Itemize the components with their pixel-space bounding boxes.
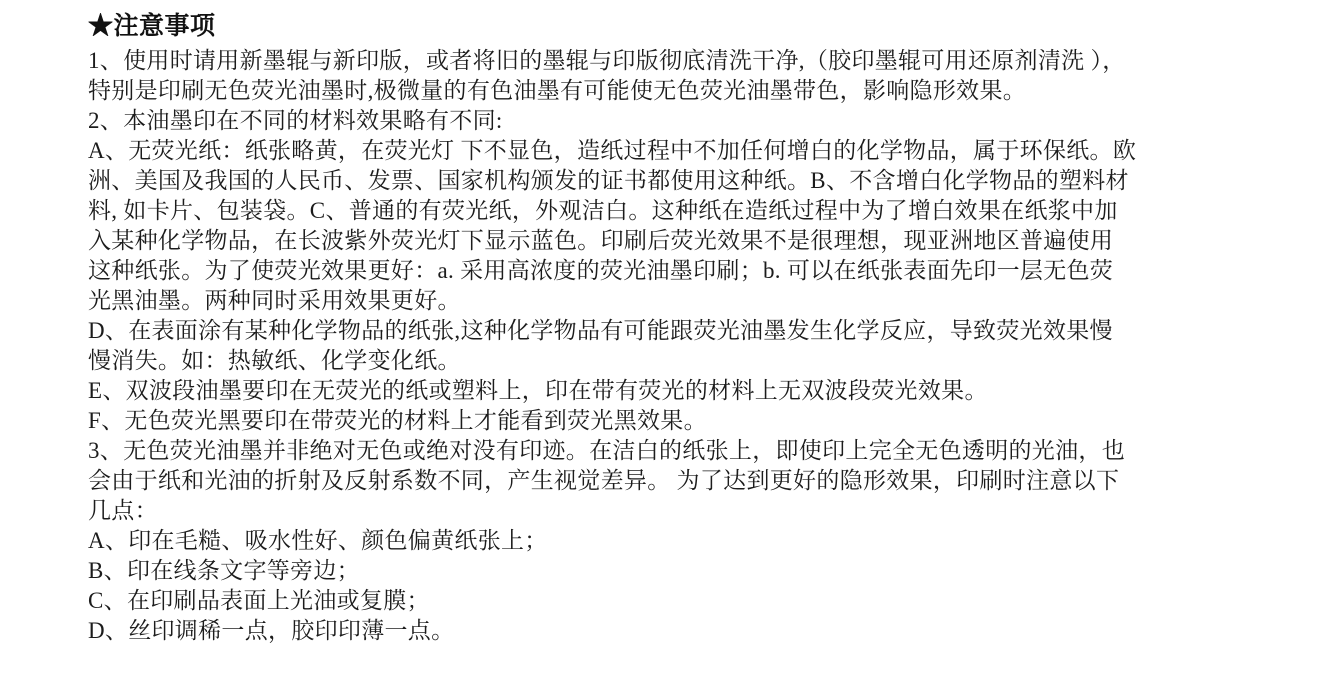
document-line: A、印在毛糙、吸水性好、颜色偏黄纸张上；	[88, 526, 1262, 556]
document-line: A、无荧光纸：纸张略黄，在荧光灯 下不显色，造纸过程中不加任何增白的化学物品，属…	[88, 136, 1262, 166]
document-line: C、在印刷品表面上光油或复膜；	[88, 586, 1262, 616]
document-line: 料, 如卡片、包装袋。C、普通的有荧光纸，外观洁白。这种纸在造纸过程中为了增白效…	[88, 196, 1262, 226]
document-line: E、双波段油墨要印在无荧光的纸或塑料上，印在带有荧光的材料上无双波段荧光效果。	[88, 376, 1262, 406]
document-line: 1、使用时请用新墨辊与新印版，或者将旧的墨辊与印版彻底清洗干净,（胶印墨辊可用还…	[88, 46, 1262, 76]
document-line: 几点：	[88, 496, 1262, 526]
document-line: 慢消失。如：热敏纸、化学变化纸。	[88, 346, 1262, 376]
page-title: ★注意事项	[88, 12, 1262, 42]
document-line: 3、无色荧光油墨并非绝对无色或绝对没有印迹。在洁白的纸张上，即使印上完全无色透明…	[88, 436, 1262, 466]
document-line: 会由于纸和光油的折射及反射系数不同，产生视觉差异。 为了达到更好的隐形效果，印刷…	[88, 466, 1262, 496]
document-line: 2、本油墨印在不同的材料效果略有不同:	[88, 106, 1262, 136]
document-line: B、印在线条文字等旁边；	[88, 556, 1262, 586]
document-line: 洲、美国及我国的人民币、发票、国家机构颁发的证书都使用这种纸。B、不含增白化学物…	[88, 166, 1262, 196]
document-line: 入某种化学物品，在长波紫外荧光灯下显示蓝色。印刷后荧光效果不是很理想，现亚洲地区…	[88, 226, 1262, 256]
document-page: ★注意事项 1、使用时请用新墨辊与新印版，或者将旧的墨辊与印版彻底清洗干净,（胶…	[0, 0, 1322, 688]
document-line: D、在表面涂有某种化学物品的纸张,这种化学物品有可能跟荧光油墨发生化学反应，导致…	[88, 316, 1262, 346]
document-line: D、丝印调稀一点，胶印印薄一点。	[88, 616, 1262, 646]
document-line: 光黑油墨。两种同时采用效果更好。	[88, 286, 1262, 316]
document-line: F、无色荧光黑要印在带荧光的材料上才能看到荧光黑效果。	[88, 406, 1262, 436]
notice-body: 1、使用时请用新墨辊与新印版，或者将旧的墨辊与印版彻底清洗干净,（胶印墨辊可用还…	[88, 46, 1262, 646]
document-line: 特别是印刷无色荧光油墨时,极微量的有色油墨有可能使无色荧光油墨带色，影响隐形效果…	[88, 76, 1262, 106]
document-line: 这种纸张。为了使荧光效果更好：a. 采用高浓度的荧光油墨印刷；b. 可以在纸张表…	[88, 256, 1262, 286]
